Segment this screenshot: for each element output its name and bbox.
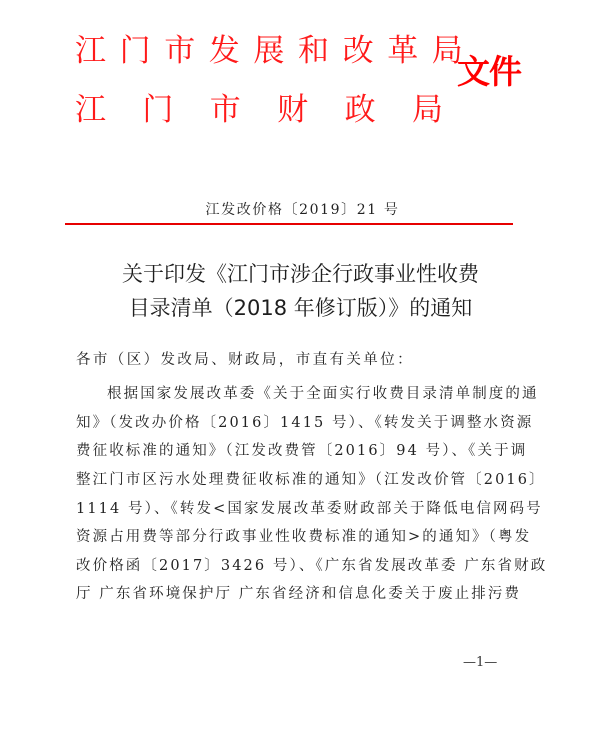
paragraph-line: 厅 广东省环境保护厅 广东省经济和信息化委关于废止排污费 <box>76 584 516 604</box>
paragraph-line: 整江门市区污水处理费征收标准的通知》（江发改价管〔2016〕 <box>76 470 516 490</box>
salutation: 各市（区）发改局、财政局，市直有关单位： <box>76 350 516 370</box>
paragraph-line: 费征收标准的通知》（江发改费管〔2016〕94 号）、《关于调 <box>76 441 516 461</box>
issuer-line-2-char: 局 <box>412 93 443 127</box>
issuer-line-2-char: 门 <box>142 93 173 127</box>
page-number: —1— <box>463 655 497 671</box>
document-title-line-1: 关于印发《江门市涉企行政事业性收费 <box>0 261 591 287</box>
red-header-divider <box>65 223 513 225</box>
issuer-line-2: 江 门 市 财 政 局 <box>75 93 443 127</box>
paragraph-line: 改价格函〔2017〕3426 号）、《广东省发展改革委 广东省财政 <box>76 556 516 576</box>
issuer-line-2-char: 政 <box>345 93 376 127</box>
issuer-line-2-char: 江 <box>75 93 106 127</box>
document-type-label: 文件 <box>457 52 521 92</box>
issuer-line-2-char: 市 <box>210 93 241 127</box>
document-number: 江发改价格〔2019〕21 号 <box>0 201 591 219</box>
paragraph-line: 根据国家发展改革委《关于全面实行收费目录清单制度的通 <box>107 384 547 404</box>
paragraph-line: 1114 号）、《转发<国家发展改革委财政部关于降低电信网码号 <box>76 499 516 519</box>
paragraph-line: 资源占用费等部分行政事业性收费标准的通知>的通知》（粤发 <box>76 527 516 547</box>
issuer-line-2-char: 财 <box>277 93 308 127</box>
document-page: 江门市发展和改革局 江 门 市 财 政 局 文件 江发改价格〔2019〕21 号… <box>0 0 591 729</box>
paragraph-line: 知》（发改办价格〔2016〕1415 号）、《转发关于调整水资源 <box>76 413 516 433</box>
issuer-line-1: 江门市发展和改革局 <box>75 34 476 68</box>
document-title-line-2: 目录清单（2018 年修订版）》的通知 <box>0 295 591 321</box>
